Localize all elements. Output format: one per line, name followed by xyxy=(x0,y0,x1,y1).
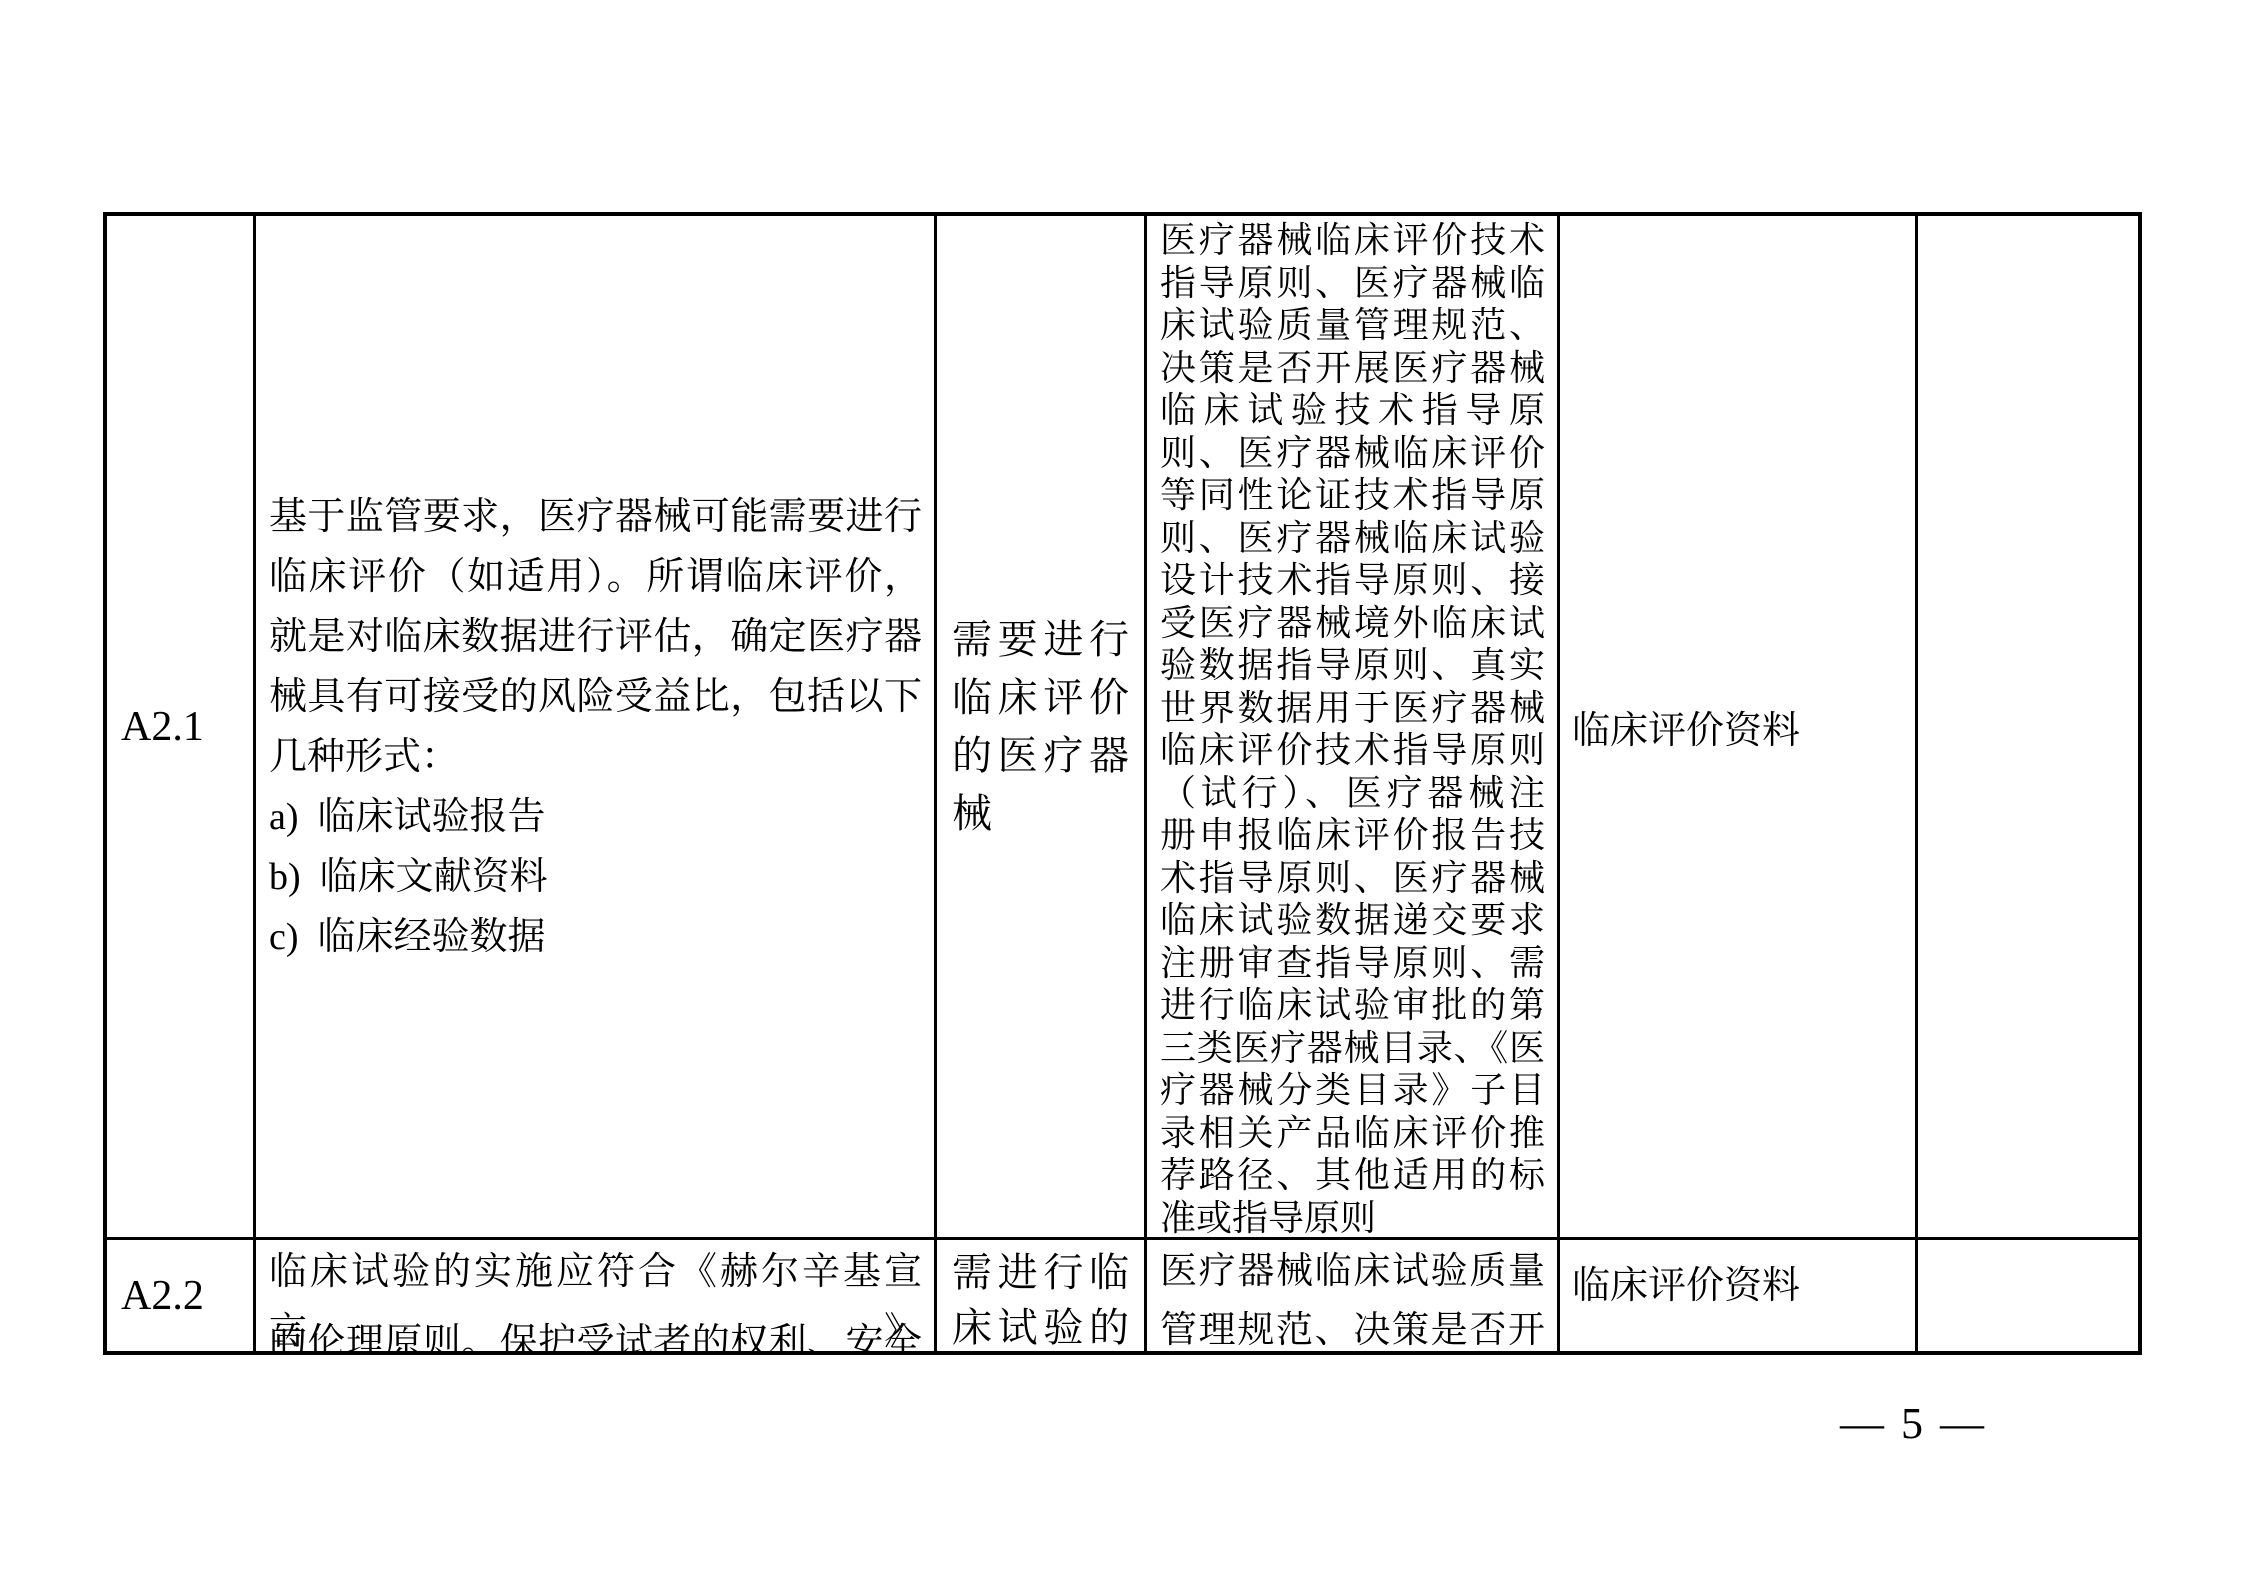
text-line: （试行）、医疗器械注 xyxy=(1160,772,1545,815)
text-line: 注册审查指导原则、需 xyxy=(1160,942,1545,985)
text-line: 荐路径、其他适用的标 xyxy=(1160,1154,1545,1197)
remark-cell xyxy=(1918,216,2138,1240)
text-line: 准或指导原则 xyxy=(1160,1197,1545,1240)
text-line: 械 xyxy=(952,785,1129,843)
text-line: 临床试验数据递交要求 xyxy=(1160,899,1545,942)
evaluation-material: 临床评价资料 xyxy=(1572,1254,1915,1309)
text-line: 受医疗器械境外临床试 xyxy=(1160,602,1545,645)
text-line: 等同性论证技术指导原 xyxy=(1160,474,1545,517)
guidance-docs-cell: 医疗器械临床试验质量管理规范、决策是否开 xyxy=(1147,1240,1560,1351)
text-line: 医疗器械临床评价技术 xyxy=(1160,219,1545,262)
document-page: A2.1 基于监管要求，医疗器械可能需要进行临床评价（如适用）。所谓临床评价，就… xyxy=(0,0,2245,1587)
text-line: b) 临床文献资料 xyxy=(269,847,922,907)
text-line: 床试验的 xyxy=(952,1297,1129,1352)
row-id: A2.1 xyxy=(121,703,204,751)
text-line: 疗器械分类目录》子目 xyxy=(1160,1069,1545,1112)
text-line: 设计技术指导原则、接 xyxy=(1160,559,1545,602)
text-line: 的伦理原则。保护受试者的权利、安全 xyxy=(269,1313,922,1351)
text-line: 录相关产品临床评价推 xyxy=(1160,1112,1545,1155)
text-line: 临床评价 xyxy=(952,669,1129,727)
row-id: A2.2 xyxy=(121,1272,204,1320)
row-id-cell: A2.2 xyxy=(107,1240,256,1351)
text-line: 临床评价（如适用）。所谓临床评价， xyxy=(269,547,922,607)
text-line: 指导原则、医疗器械临 xyxy=(1160,262,1545,305)
text-line: 决策是否开展医疗器械 xyxy=(1160,347,1545,390)
text-line: 需要进行 xyxy=(952,611,1129,669)
text-line: 术指导原则、医疗器械 xyxy=(1160,857,1545,900)
text-line: 几种形式： xyxy=(269,727,922,787)
text-line: c) 临床经验数据 xyxy=(269,907,922,967)
guidance-docs-cell: 医疗器械临床评价技术指导原则、医疗器械临床试验质量管理规范、决策是否开展医疗器械… xyxy=(1147,216,1560,1240)
text-line: 医疗器械临床试验质量 xyxy=(1160,1242,1545,1301)
clinical-evaluation-table: A2.1 基于监管要求，医疗器械可能需要进行临床评价（如适用）。所谓临床评价，就… xyxy=(103,212,2142,1355)
text-line: 临床试验的实施应符合《赫尔辛基宣言》 xyxy=(269,1242,922,1313)
description-cell: 临床试验的实施应符合《赫尔辛基宣言》的伦理原则。保护受试者的权利、安全 xyxy=(256,1240,937,1351)
text-line: a) 临床试验报告 xyxy=(269,787,922,847)
text-line: 管理规范、决策是否开 xyxy=(1160,1301,1545,1351)
text-line: 验数据指导原则、真实 xyxy=(1160,644,1545,687)
text-line: 床试验质量管理规范、 xyxy=(1160,304,1545,347)
text-line: 三类医疗器械目录、《医 xyxy=(1160,1027,1545,1070)
text-line: 械具有可接受的风险受益比，包括以下 xyxy=(269,667,922,727)
text-line: 的医疗器 xyxy=(952,727,1129,785)
description-cell: 基于监管要求，医疗器械可能需要进行临床评价（如适用）。所谓临床评价，就是对临床数… xyxy=(256,216,937,1240)
text-line: 就是对临床数据进行评估，确定医疗器 xyxy=(269,607,922,667)
text-line: 进行临床试验审批的第 xyxy=(1160,984,1545,1027)
text-line: 册申报临床评价报告技 xyxy=(1160,814,1545,857)
row-id-cell: A2.1 xyxy=(107,216,256,1240)
evaluation-material: 临床评价资料 xyxy=(1572,699,1915,754)
text-line: 临床评价技术指导原则 xyxy=(1160,729,1545,772)
page-number: — 5 — xyxy=(1840,1398,1984,1449)
text-line: 则、医疗器械临床评价 xyxy=(1160,432,1545,475)
text-line: 基于监管要求，医疗器械可能需要进行 xyxy=(269,487,922,547)
device-scope-cell: 需进行临床试验的 xyxy=(937,1240,1147,1351)
device-scope-cell: 需要进行临床评价的医疗器械 xyxy=(937,216,1147,1240)
text-line: 临床试验技术指导原 xyxy=(1160,389,1545,432)
evaluation-material-cell: 临床评价资料 xyxy=(1560,216,1918,1240)
evaluation-material-cell: 临床评价资料 xyxy=(1560,1240,1918,1351)
remark-cell xyxy=(1918,1240,2138,1351)
text-line: 需进行临 xyxy=(952,1242,1129,1297)
text-line: 世界数据用于医疗器械 xyxy=(1160,687,1545,730)
text-line: 则、医疗器械临床试验 xyxy=(1160,517,1545,560)
